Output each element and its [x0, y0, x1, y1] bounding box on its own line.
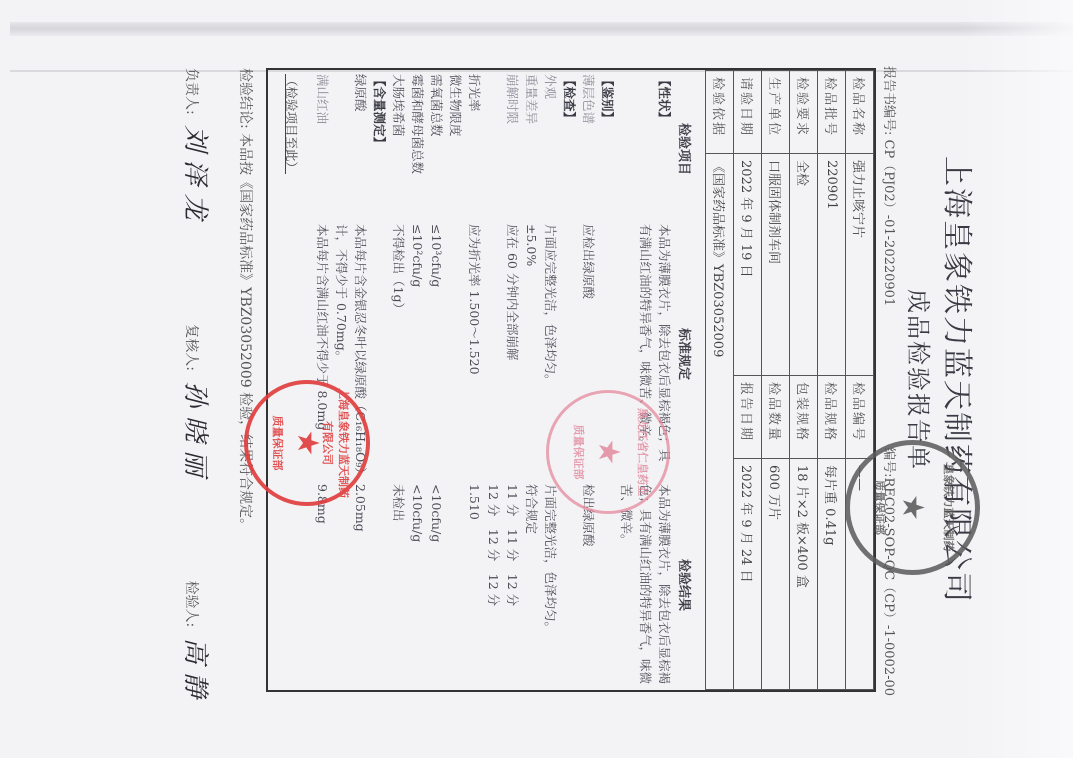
report-title: 成品检验报告单 — [903, 60, 938, 700]
conclusion-label: 检验结论: — [237, 68, 253, 129]
qa-stamp-pink: 黑龙江省仁皇药业 ★ 质量保证部 — [546, 390, 670, 514]
result-row: 【鉴别】 — [598, 74, 617, 686]
test-item: 崩解时限 — [484, 74, 522, 224]
info-row: 检品批号220901检品规格每片重 0.41g — [818, 71, 846, 690]
test-result — [598, 484, 617, 686]
standard-spec — [446, 224, 465, 484]
standard-spec: 应在 60 分钟内全部崩解 — [484, 224, 522, 484]
test-item: 【鉴别】 — [598, 74, 617, 224]
result-row: 微生物限度 — [446, 74, 465, 686]
info-row: 检验依据《国家药品标准》YBZ03052009 — [706, 71, 734, 690]
info-value: 每片重 0.41g — [818, 459, 846, 690]
test-item: 薄层色谱 — [579, 74, 598, 224]
info-value: 220901 — [818, 154, 846, 376]
inspection-report-page: 上海皇象铁力蓝天制药有限公司 成品检验报告单 报告书编号: CP（PJ02）-0… — [100, 60, 1000, 700]
test-result: 2.05mg — [332, 484, 370, 686]
info-value: 口服固体制剂车间 — [762, 154, 790, 376]
test-result: 片面完整光洁，色泽均匀。 — [541, 484, 560, 686]
standard-spec: 不得检出（1g） — [389, 224, 408, 484]
report-number: 报告书编号: CP（PJ02）-01-20220901 — [881, 66, 900, 306]
col-header-result: 检验结果 — [676, 484, 695, 686]
report-frame: 检品名称强力止咳宁片检品编号——检品批号220901检品规格每片重 0.41g检… — [266, 68, 876, 692]
info-value: 全检 — [790, 154, 818, 376]
standard-spec: ≤10³cfu/g — [427, 224, 446, 484]
standard-spec: 应为折光率 1.500～1.520 — [465, 224, 484, 484]
test-result — [370, 484, 389, 686]
test-item: 需氧菌总数 — [427, 74, 446, 224]
info-label: 检品批号 — [818, 71, 846, 154]
result-row: 大肠埃希菌不得检出（1g）未检出 — [389, 74, 408, 686]
test-result: <10cfu/g — [427, 484, 446, 686]
info-label: 检品编号 — [846, 376, 874, 459]
star-icon: ★ — [292, 430, 322, 457]
result-row: 重量差异±5.0%符合规定 — [522, 74, 541, 686]
test-result: 符合规定 — [522, 484, 541, 686]
info-value: 18 片×2 板×400 盒 — [790, 459, 818, 690]
result-row: 绿原酸本品每片含金银忍冬叶以绿原酸（C₁₆H₁₈O₉） 计，不得少于 0.70m… — [332, 74, 370, 686]
info-row: 生产单位口服固体制剂车间检品数量600 万片 — [762, 71, 790, 690]
test-result: 1.510 — [465, 484, 484, 686]
results-header: 检验项目 标准规定 检验结果 — [674, 70, 705, 690]
test-item: 霉菌和酵母菌总数 — [408, 74, 427, 224]
result-row: 薄层色谱应检出绿原酸检出绿原酸 — [579, 74, 598, 686]
info-label: 包装规格 — [790, 376, 818, 459]
standard-spec — [370, 224, 389, 484]
result-row: 需氧菌总数≤10³cfu/g<10cfu/g — [427, 74, 446, 686]
test-item: 微生物限度 — [446, 74, 465, 224]
test-result: 9.8mg — [313, 484, 332, 686]
info-label: 请验日期 — [734, 71, 762, 154]
reviewer-signature: 复核人: 孙 晓 丽 — [179, 324, 216, 476]
info-value: 强力止咳宁片 — [846, 154, 874, 376]
info-label: 检验要求 — [790, 71, 818, 154]
standard-spec: ±5.0% — [522, 224, 541, 484]
test-item: 折光率 — [465, 74, 484, 224]
result-row: 【含量测定】 — [370, 74, 389, 686]
result-row: 外观片面应完整光洁，色泽均匀。片面完整光洁，色泽均匀。 — [541, 74, 560, 686]
star-icon: ★ — [593, 439, 623, 466]
info-label: 报告日期 — [734, 376, 762, 459]
test-result: 11 分 11 分 12 分 12 分 12 分 12 分 — [484, 484, 522, 686]
info-label: 生产单位 — [762, 71, 790, 154]
scan-edge-artifact — [10, 22, 1073, 36]
test-item: 【含量测定】 — [370, 74, 389, 224]
test-item: 绿原酸 — [332, 74, 370, 224]
test-item: 满山红油 — [313, 74, 332, 224]
test-result: 未检出 — [389, 484, 408, 686]
info-row: 检品名称强力止咳宁片检品编号—— — [846, 71, 874, 690]
test-item: 【检查】 — [560, 74, 579, 224]
qa-stamp-gray: 皇象铁力蓝天制药 ★ 质量保证部 — [845, 440, 980, 575]
info-value: 600 万片 — [762, 459, 790, 690]
company-name: 上海皇象铁力蓝天制药有限公司 — [938, 60, 982, 700]
result-row: 折光率应为折光率 1.500～1.5201.510 — [465, 74, 484, 686]
standard-spec: ≤10²cfu/g — [408, 224, 427, 484]
test-result — [446, 484, 465, 686]
handwritten-signature: 孙 晓 丽 — [180, 381, 210, 476]
col-header-item: 检验项目 — [676, 74, 695, 224]
responsible-signature: 负责人: 刘 泽 龙 — [179, 68, 216, 220]
star-icon: ★ — [898, 494, 928, 521]
info-row: 检验要求全检包装规格18 片×2 板×400 盒 — [790, 71, 818, 690]
conclusion: 检验结论: 本品按《国家药品标准》YBZ03052009 检验，结果符合规定。 — [236, 68, 256, 698]
qa-stamp-red: 上海皇象铁力蓝天制药有限公司 ★ 质量保证部 — [244, 380, 370, 506]
test-result: <10cfu/g — [408, 484, 427, 686]
info-label: 检品名称 — [846, 71, 874, 154]
info-label: 检品数量 — [762, 376, 790, 459]
col-header-standard: 标准规定 — [676, 224, 695, 484]
handwritten-signature: 刘 泽 龙 — [180, 125, 210, 220]
test-result: 本品为薄膜衣片，除去包衣后显棕褐 色；具有满山红油的特异香气，味微 苦、微辛。 — [617, 484, 674, 686]
results-list: 【性状】本品为薄膜衣片，除去包衣后显棕褐色；具 有满山红油的特异香气，味微苦、微… — [313, 70, 674, 690]
test-item: 【性状】 — [617, 74, 674, 224]
result-row: 【性状】本品为薄膜衣片，除去包衣后显棕褐色；具 有满山红油的特异香气，味微苦、微… — [617, 74, 674, 686]
report-number-row: 报告书编号: CP（PJ02）-01-20220901 编号:REC02-SOP… — [881, 66, 900, 696]
test-result: 检出绿原酸 — [579, 484, 598, 686]
test-result — [560, 484, 579, 686]
info-label: 检验依据 — [706, 71, 734, 154]
signature-row: 负责人: 刘 泽 龙 复核人: 孙 晓 丽 检验人: 高 静 — [179, 68, 216, 698]
info-value: 2022 年 9 月 24 日 — [734, 459, 762, 690]
result-row: 霉菌和酵母菌总数≤10²cfu/g<10cfu/g — [408, 74, 427, 686]
inspector-signature: 检验人: 高 静 — [179, 581, 216, 698]
test-item: 大肠埃希菌 — [389, 74, 408, 224]
test-item: 重量差异 — [522, 74, 541, 224]
test-item: 外观 — [541, 74, 560, 224]
info-value: 《国家药品标准》YBZ03052009 — [706, 154, 734, 690]
info-label: 检品规格 — [818, 376, 846, 459]
info-value: 2022 年 9 月 19 日 — [734, 154, 762, 376]
result-row: 【检查】 — [560, 74, 579, 686]
info-row: 请验日期2022 年 9 月 19 日报告日期2022 年 9 月 24 日 — [734, 71, 762, 690]
result-row: 崩解时限应在 60 分钟内全部崩解11 分 11 分 12 分 12 分 12 … — [484, 74, 522, 686]
handwritten-signature: 高 静 — [180, 638, 210, 698]
product-info-table: 检品名称强力止咳宁片检品编号——检品批号220901检品规格每片重 0.41g检… — [705, 70, 874, 690]
